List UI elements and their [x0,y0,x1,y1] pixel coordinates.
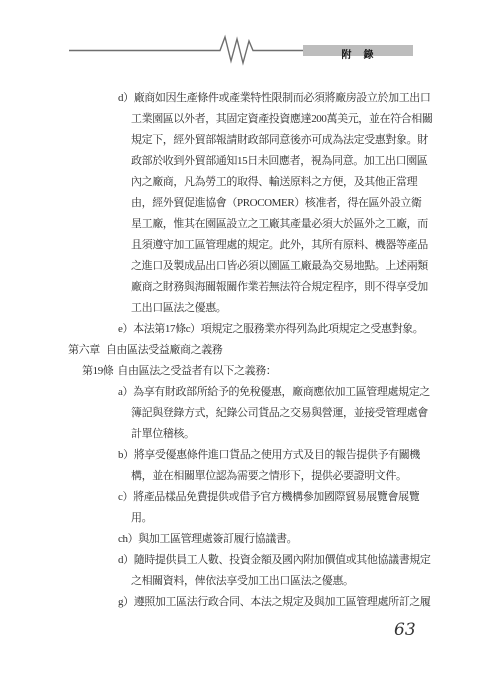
text-line: b）將享受優惠條件進口貨品之使用方式及目的報告提供予有關機 [0,445,480,466]
appendix-title: 附 錄 [342,50,375,61]
item-label: b） [118,449,134,461]
chapter-heading: 第六章自由區法受益廠商之義務 [0,340,480,361]
text-line: 規定下，經外貿部報請財政部同意後亦可成為法定受惠對象。財 [0,130,480,151]
text-line: 之進口及製成品出口皆必須以園區工廠最為交易地點。上述兩類 [0,256,480,277]
header-zigzag-rule [0,0,480,70]
text-line: 政部於收到外貿部通知15日未回應者，視為同意。加工出口園區 [0,151,480,172]
text-line: c）將產品樣品免費提供或借予官方機構參加國際貿易展覽會展覽 [0,487,480,508]
chapter-label: 第六章 [68,344,100,356]
item-label: c） [118,491,133,503]
text-line: d）廠商如因生產條件或產業特性限制而必須將廠房設立於加工出口 [0,88,480,109]
text-line: 工業園區以外者，其固定資產投資應達200萬美元，並在符合相關 [0,109,480,130]
appendix-tab: 附 錄 [303,45,413,56]
text-line: 且須遵守加工區管理處的規定。此外，其所有原料、機器等產品 [0,235,480,256]
text-line: 星工廠，惟其在園區設立之工廠其產量必須大於區外之工廠，而 [0,214,480,235]
article-label: 第19條 [82,365,113,377]
item-label: ch） [118,533,138,545]
text-line: ch）與加工區管理處簽訂履行協議書。 [0,529,480,550]
document-body: d）廠商如因生產條件或產業特性限制而必須將廠房設立於加工出口工業園區以外者，其固… [0,88,480,613]
item-label: g） [118,596,134,608]
text-line: 內之廠商，凡為勞工的取得、輸送原料之方便，及其他正當理 [0,172,480,193]
article-text: 自由區法之受益者有以下之義務： [117,365,276,377]
text-line: d）隨時提供員工人數、投資金額及國內附加價值或其他協議書規定 [0,550,480,571]
text-line: 簿記與登錄方式，紀錄公司貨品之交易與營運，並接受管理處會 [0,403,480,424]
text-line: 之相關資料，俾依法享受加工出口區法之優惠。 [0,571,480,592]
text-line: 工出口區法之優惠。 [0,298,480,319]
page-number: 63 [394,620,416,640]
text-line: a）為享有財政部所給予的免稅優惠，廠商應依加工區管理處規定之 [0,382,480,403]
chapter-text: 自由區法受益廠商之義務 [106,344,223,356]
text-line: 用。 [0,508,480,529]
text-line: 構，並在相關單位認為需要之情形下，提供必要證明文件。 [0,466,480,487]
text-line: 計單位稽核。 [0,424,480,445]
article-heading: 第19條自由區法之受益者有以下之義務： [0,361,480,382]
item-label: e） [118,323,133,335]
document-page: 附 錄 d）廠商如因生產條件或產業特性限制而必須將廠房設立於加工出口工業園區以外… [0,0,480,679]
item-label: a） [118,386,133,398]
text-line: 由，經外貿促進協會（PROCOMER）核准者，得在區外設立衛 [0,193,480,214]
text-line: 廠商之財務與海關報關作業若無法符合規定程序，則不得享受加 [0,277,480,298]
text-line: e）本法第17條c）項規定之服務業亦得列為此項規定之受惠對象。 [0,319,480,340]
item-label: d） [118,92,134,104]
text-line: g）遵照加工區法行政合同、本法之規定及與加工區管理處所訂之履 [0,592,480,613]
item-label: d） [118,554,134,566]
